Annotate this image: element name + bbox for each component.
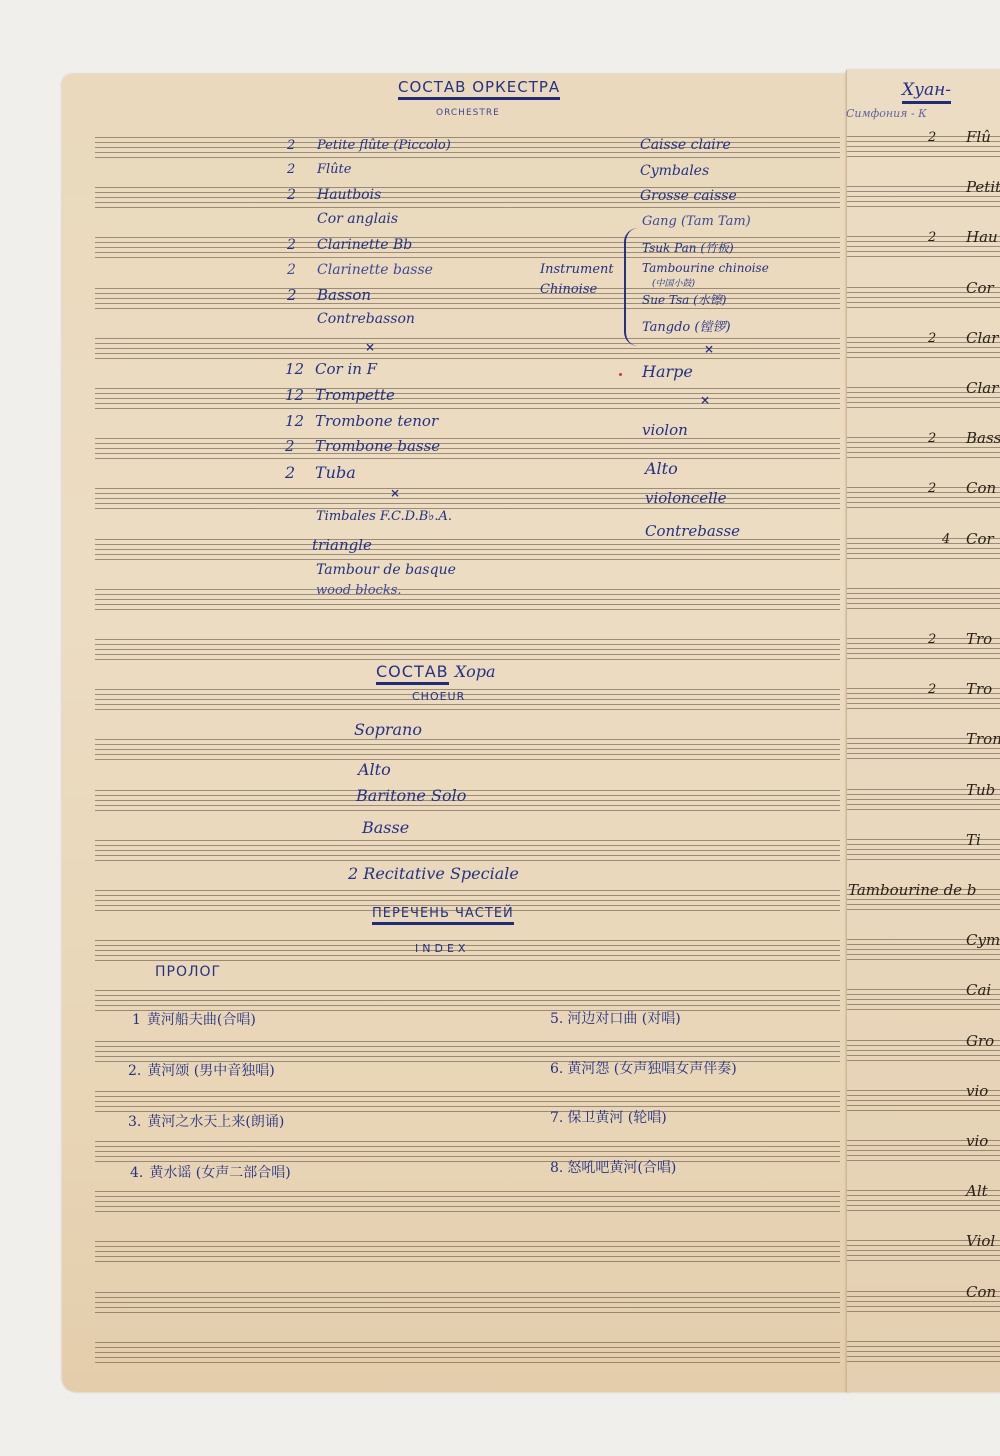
staff — [95, 739, 840, 761]
staff — [95, 539, 840, 561]
staff-label: Gro — [966, 1032, 994, 1050]
staff — [95, 589, 840, 611]
instrument-item: Contrebasson — [287, 311, 415, 327]
staff-count: 2 — [928, 682, 936, 697]
instrument-note: (中国小鼓) — [652, 276, 695, 289]
staff-label: Bass — [966, 429, 1000, 447]
chinese-instruments-label: Instrument — [540, 262, 614, 277]
instrument-item: triangle — [312, 536, 372, 554]
instrument-item: 2Basson — [287, 286, 371, 304]
instrument-item: Cymbales — [640, 163, 709, 179]
instrument-item: 2Flûte — [287, 162, 351, 177]
instrument-item: Tambour de basque — [316, 562, 456, 578]
instrument-item: 12Trompette — [285, 386, 395, 404]
staff-label: vio — [966, 1132, 988, 1150]
staff-label: Con — [966, 479, 996, 497]
movement-item: 3.黄河之水天上来(朗诵) — [128, 1111, 284, 1131]
staff — [95, 1141, 840, 1163]
voice-item: Basse — [362, 818, 409, 837]
staff-label: Petite — [966, 178, 1000, 196]
staff — [95, 438, 840, 460]
instrument-item: 2Trombone basse — [285, 437, 440, 455]
movement-item: 7.保卫黄河 (轮唱) — [550, 1107, 667, 1127]
movement-item: 4.黄水谣 (女声二部合唱) — [130, 1162, 291, 1182]
staff — [95, 488, 840, 510]
voice-item: Alto — [358, 760, 391, 779]
staff — [95, 840, 840, 862]
instrument-item: Caisse claire — [640, 137, 731, 153]
orchestra-subtitle: ORCHESTRE — [436, 108, 500, 118]
staff — [95, 1342, 840, 1364]
movement-item: 1黄河船夫曲(合唱) — [132, 1009, 256, 1029]
instrument-item: Harpe — [642, 362, 693, 381]
index-subtitle: INDEX — [415, 942, 469, 955]
voice-item: Baritone Solo — [356, 786, 466, 805]
choir-title: СОСТАВ Хора — [376, 662, 496, 681]
staff-label: Cor — [966, 279, 994, 297]
index-title: ПЕРЕЧЕНЬ ЧАСТЕЙ — [372, 906, 514, 925]
staff-label: Flû — [966, 128, 991, 146]
staff — [95, 639, 840, 661]
instrument-item: violoncelle — [645, 489, 727, 507]
staff-count: 2 — [928, 130, 936, 145]
staff-label: Tro — [966, 680, 992, 698]
staff-label: Cai — [966, 981, 991, 999]
instrument-item: Tambourine chinoise — [642, 261, 769, 275]
instrument-item: Tangdo (镗锣) — [642, 316, 731, 335]
instrument-item: 2Clarinette Bb — [287, 237, 412, 253]
staff-count: 2 — [928, 632, 936, 647]
movement-item: 2.黄河颂 (男中音独唱) — [128, 1060, 275, 1080]
instrument-item: Timbales F.C.D.B♭.A. — [316, 509, 452, 524]
staff-label: Tro — [966, 630, 992, 648]
staff — [847, 1341, 1000, 1363]
separator-mark: × — [700, 393, 710, 407]
staff-label: Tron — [966, 730, 1000, 748]
instrument-item: Tsuk Pan (竹板) — [642, 239, 734, 256]
instrument-item: Alto — [645, 459, 678, 478]
staff — [95, 1292, 840, 1314]
prologue-label: ПРОЛОГ — [155, 964, 221, 980]
staff-label: Cor — [966, 530, 994, 548]
separator-mark: × — [390, 486, 400, 500]
voice-item: 2 Recitative Speciale — [348, 864, 519, 883]
chinese-instruments-label: Chinoise — [540, 282, 597, 297]
instrument-item: Gang (Tam Tam) — [642, 214, 751, 229]
instrument-item: Sue Tsa (水镲) — [642, 291, 727, 308]
staff-label: vio — [966, 1082, 988, 1100]
staff — [95, 288, 840, 310]
staff-count: 2 — [928, 230, 936, 245]
staff — [847, 588, 1000, 610]
staff-label: Tambourine de b — [848, 881, 976, 899]
staff — [95, 388, 840, 410]
brace — [624, 228, 640, 346]
staff-label: Clar — [966, 379, 998, 397]
instrument-item: 2Clarinette basse — [287, 262, 433, 278]
instrument-item: 12Trombone tenor — [285, 412, 438, 430]
staff-label: Alt — [966, 1182, 988, 1200]
instrument-item: 2Hautbois — [287, 187, 381, 203]
voice-item: Soprano — [354, 720, 422, 739]
instrument-item: 2Petite flûte (Piccolo) — [287, 138, 451, 153]
staff — [95, 1091, 840, 1113]
instrument-item: Cor anglais — [287, 211, 398, 227]
staff — [95, 338, 840, 360]
movement-item: 6.黄河怨 (女声独唱女声伴奏) — [550, 1058, 737, 1078]
right-page-subtitle: Симфония - К — [846, 107, 927, 120]
movement-item: 8.怒吼吧黄河(合唱) — [550, 1157, 676, 1177]
staff-label: Hau — [966, 228, 998, 246]
staff-count: 2 — [928, 331, 936, 346]
staff — [95, 790, 840, 812]
instrument-item: 12Cor in F — [285, 360, 377, 378]
staff — [95, 1191, 840, 1213]
instrument-item: 2Tuba — [285, 463, 356, 482]
red-dot — [619, 373, 622, 376]
separator-mark: × — [704, 342, 714, 356]
instrument-item: Grosse caisse — [640, 188, 737, 204]
staff-label: Cym — [966, 931, 1000, 949]
orchestra-title: СОСТАВ ОРКЕСТРА — [398, 78, 560, 100]
separator-mark: × — [365, 340, 375, 354]
staff-label: Ti — [966, 831, 981, 849]
staff-count: 4 — [942, 532, 950, 547]
staff-label: Clar — [966, 329, 998, 347]
staff-count: 2 — [928, 431, 936, 446]
staff-label: Con — [966, 1283, 996, 1301]
staff-count: 2 — [928, 481, 936, 496]
staff-label: Tub — [966, 781, 995, 799]
instrument-item: violon — [642, 421, 688, 439]
movement-item: 5.河边对口曲 (对唱) — [550, 1008, 681, 1028]
staff — [95, 1241, 840, 1263]
choir-subtitle: CHOEUR — [412, 690, 465, 703]
instrument-item: wood blocks. — [316, 583, 402, 598]
staff — [95, 689, 840, 711]
staff-label: Viol — [966, 1232, 995, 1250]
instrument-item: Contrebasse — [645, 522, 740, 540]
right-page-title: Хуан- — [902, 80, 951, 104]
